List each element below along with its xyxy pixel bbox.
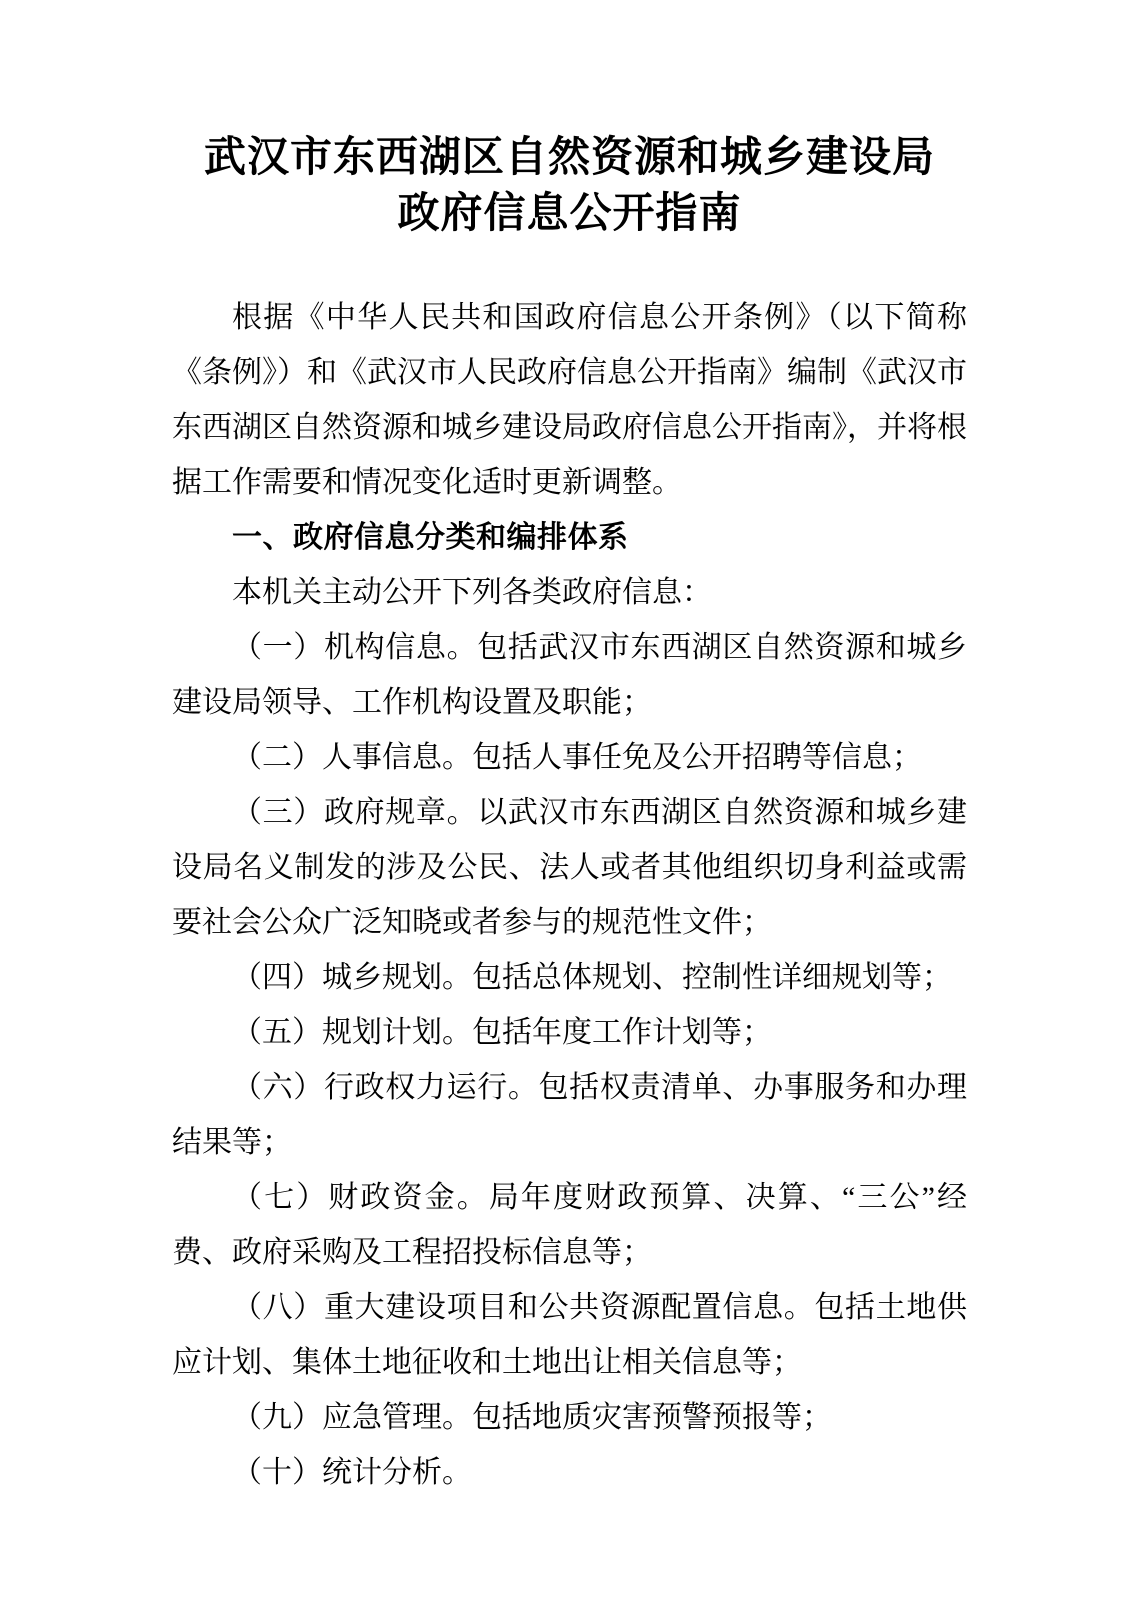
list-item-8: （八）重大建设项目和公共资源配置信息。包括土地供应计划、集体土地征收和土地出让相…: [172, 1280, 967, 1390]
section-1-heading: 一、政府信息分类和编排体系: [172, 510, 967, 565]
document-body: 根据《中华人民共和国政府信息公开条例》（以下简称《条例》）和《武汉市人民政府信息…: [172, 290, 967, 1500]
document-title-line-2: 政府信息公开指南: [172, 186, 967, 242]
document-title-line-1: 武汉市东西湖区自然资源和城乡建设局: [172, 130, 967, 186]
document-title: 武汉市东西湖区自然资源和城乡建设局 政府信息公开指南: [172, 0, 967, 242]
section-1-lead: 本机关主动公开下列各类政府信息：: [172, 565, 967, 620]
list-item-10: （十）统计分析。: [172, 1445, 967, 1500]
list-item-9: （九）应急管理。包括地质灾害预警预报等；: [172, 1390, 967, 1445]
list-item-6: （六）行政权力运行。包括权责清单、办事服务和办理结果等；: [172, 1060, 967, 1170]
list-item-7: （七）财政资金。局年度财政预算、决算、“三公”经费、政府采购及工程招投标信息等；: [172, 1170, 967, 1280]
document-content: 武汉市东西湖区自然资源和城乡建设局 政府信息公开指南 根据《中华人民共和国政府信…: [172, 0, 967, 1500]
document-page: 武汉市东西湖区自然资源和城乡建设局 政府信息公开指南 根据《中华人民共和国政府信…: [0, 0, 1131, 1600]
list-item-3: （三）政府规章。以武汉市东西湖区自然资源和城乡建设局名义制发的涉及公民、法人或者…: [172, 785, 967, 950]
intro-paragraph: 根据《中华人民共和国政府信息公开条例》（以下简称《条例》）和《武汉市人民政府信息…: [172, 290, 967, 510]
list-item-2: （二）人事信息。包括人事任免及公开招聘等信息；: [172, 730, 967, 785]
list-item-1: （一）机构信息。包括武汉市东西湖区自然资源和城乡建设局领导、工作机构设置及职能；: [172, 620, 967, 730]
list-item-5: （五）规划计划。包括年度工作计划等；: [172, 1005, 967, 1060]
list-item-4: （四）城乡规划。包括总体规划、控制性详细规划等；: [172, 950, 967, 1005]
